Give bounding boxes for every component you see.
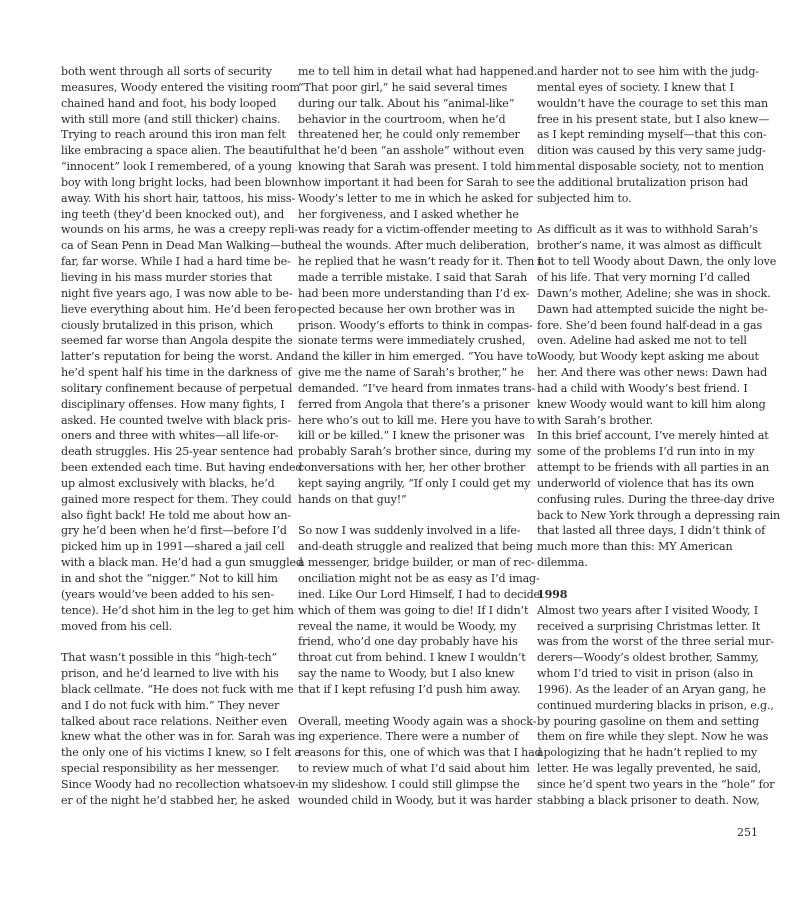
- text-line: a messenger, bridge builder, or man of r…: [298, 555, 533, 571]
- text-line: So now I was suddenly involved in a life…: [298, 523, 533, 539]
- text-line: prison, and he’d learned to live with hi…: [61, 666, 293, 682]
- text-line: away. With his short hair, tattoos, his …: [61, 191, 293, 207]
- text-line: seemed far worse than Angola despite the: [61, 333, 293, 349]
- text-line: and harder not to see him with the judg-: [537, 64, 769, 80]
- paragraph: That wasn’t possible in this “high-tech”…: [61, 650, 293, 808]
- text-line: chained hand and foot, his body looped: [61, 96, 293, 112]
- text-line: made a terrible mistake. I said that Sar…: [298, 270, 533, 286]
- text-line: ferred from Angola that there’s a prison…: [298, 397, 533, 413]
- text-line: also fight back! He told me about how an…: [61, 508, 293, 524]
- text-line: sionate terms were immediately crushed,: [298, 333, 533, 349]
- text-line: Since Woody had no recollection whatsoev…: [61, 777, 293, 793]
- text-line: tence). He’d shot him in the leg to get …: [61, 603, 293, 619]
- text-line: mental eyes of society. I knew that I: [537, 80, 769, 96]
- text-line: In this brief account, I’ve merely hinte…: [537, 428, 769, 444]
- text-line: that lasted all three days, I didn’t thi…: [537, 523, 769, 539]
- text-line: whom I’d tried to visit in prison (also …: [537, 666, 769, 682]
- text-line: that if I kept refusing I’d push him awa…: [298, 682, 533, 698]
- text-line: heal the wounds. After much deliberation…: [298, 238, 533, 254]
- text-line: her. And there was other news: Dawn had: [537, 365, 769, 381]
- text-line: asked. He counted twelve with black pris…: [61, 413, 293, 429]
- text-line: Almost two years after I visited Woody, …: [537, 603, 769, 619]
- text-line: (years would’ve been added to his sen-: [61, 587, 293, 603]
- paragraph: In this brief account, I’ve merely hinte…: [537, 428, 769, 571]
- text-line: talked about race relations. Neither eve…: [61, 714, 293, 730]
- text-line: subjected him to.: [537, 191, 769, 207]
- text-line: received a surprising Christmas letter. …: [537, 619, 769, 635]
- text-line: and I do not fuck with him.” They never: [61, 698, 293, 714]
- text-line: up almost exclusively with blacks, he’d: [61, 476, 293, 492]
- paragraph: As difficult as it was to withhold Sarah…: [537, 222, 769, 428]
- text-line: black cellmate. “He does not fuck with m…: [61, 682, 293, 698]
- text-line: with still more (and still thicker) chai…: [61, 112, 293, 128]
- text-line: that he’d been “an asshole” without even: [298, 143, 533, 159]
- text-line: with a black man. He’d had a gun smuggle…: [61, 555, 293, 571]
- text-line: knew what the other was in for. Sarah wa…: [61, 729, 293, 745]
- text-line: special responsibility as her messenger.: [61, 761, 293, 777]
- paragraph-gap: [61, 634, 293, 650]
- text-line: here who’s out to kill me. Here you have…: [298, 413, 533, 429]
- text-line: kept saying angrily, “If only I could ge…: [298, 476, 533, 492]
- text-line: knew Woody would want to kill him along: [537, 397, 769, 413]
- text-line: which of them was going to die! If I did…: [298, 603, 533, 619]
- text-line: night five years ago, I was now able to …: [61, 286, 293, 302]
- text-line: during our talk. About his “animal-like”: [298, 96, 533, 112]
- text-line: Overall, meeting Woody again was a shock…: [298, 714, 533, 730]
- text-line: apologizing that he hadn’t replied to my: [537, 745, 769, 761]
- text-line: knowing that Sarah was present. I told h…: [298, 159, 533, 175]
- text-line: how important it had been for Sarah to s…: [298, 175, 533, 191]
- text-line: lieving in his mass murder stories that: [61, 270, 293, 286]
- text-line: to review much of what I’d said about hi…: [298, 761, 533, 777]
- text-line: mental disposable society, not to mentio…: [537, 159, 769, 175]
- text-line: underworld of violence that has its own: [537, 476, 769, 492]
- text-line: boy with long bright locks, had been blo…: [61, 175, 293, 191]
- text-line: derers—Woody’s oldest brother, Sammy,: [537, 650, 769, 666]
- text-line: of his life. That very morning I’d calle…: [537, 270, 769, 286]
- text-line: wouldn’t have the courage to set this ma…: [537, 96, 769, 112]
- text-line: throat cut from behind. I knew I wouldn’…: [298, 650, 533, 666]
- text-line: as I kept reminding myself—that this con…: [537, 127, 769, 143]
- text-line: wounds on his arms, he was a creepy repl…: [61, 222, 293, 238]
- text-line: reasons for this, one of which was that …: [298, 745, 533, 761]
- text-line: say the name to Woody, but I also knew: [298, 666, 533, 682]
- text-column-3: and harder not to see him with the judg-…: [537, 64, 769, 809]
- text-line: hands on that guy!”: [298, 492, 533, 508]
- text-line: and the killer in him emerged. “You have…: [298, 349, 533, 365]
- text-line: conversations with her, her other brothe…: [298, 460, 533, 476]
- text-line: give me the name of Sarah’s brother,” he: [298, 365, 533, 381]
- paragraph: me to tell him in detail what had happen…: [298, 64, 533, 508]
- text-line: free in his present state, but I also kn…: [537, 112, 769, 128]
- text-line: ing teeth (they’d been knocked out), and: [61, 207, 293, 223]
- text-line: confusing rules. During the three-day dr…: [537, 492, 769, 508]
- text-line: Woody, but Woody kept asking me about: [537, 349, 769, 365]
- text-line: he replied that he wasn’t ready for it. …: [298, 254, 533, 270]
- book-page: both went through all sorts of securitym…: [0, 0, 805, 900]
- paragraph-gap: [298, 698, 533, 714]
- text-line: threatened her, he could only remember: [298, 127, 533, 143]
- text-line: behavior in the courtroom, when he’d: [298, 112, 533, 128]
- text-line: them on fire while they slept. Now he wa…: [537, 729, 769, 745]
- text-line: ca of Sean Penn in Dead Man Walking—but: [61, 238, 293, 254]
- text-line: dilemma.: [537, 555, 769, 571]
- text-line: kill or be killed.” I knew the prisoner …: [298, 428, 533, 444]
- text-line: in and shot the “nigger.” Not to kill hi…: [61, 571, 293, 587]
- section-heading: 1998: [537, 587, 769, 603]
- text-line: oners and three with whites—all life-or-: [61, 428, 293, 444]
- text-line: with Sarah’s brother.: [537, 413, 769, 429]
- text-line: probably Sarah’s brother since, during m…: [298, 444, 533, 460]
- text-line: “That poor girl,” he said several times: [298, 80, 533, 96]
- text-line: letter. He was legally prevented, he sai…: [537, 761, 769, 777]
- text-line: both went through all sorts of security: [61, 64, 293, 80]
- text-line: had a child with Woody’s best friend. I: [537, 381, 769, 397]
- text-line: been extended each time. But having ende…: [61, 460, 293, 476]
- text-line: far, far worse. While I had a hard time …: [61, 254, 293, 270]
- text-line: her forgiveness, and I asked whether he: [298, 207, 533, 223]
- text-line: wounded child in Woody, but it was harde…: [298, 793, 533, 809]
- text-line: gry he’d been when he’d first—before I’d: [61, 523, 293, 539]
- paragraph: Almost two years after I visited Woody, …: [537, 603, 769, 809]
- text-line: That wasn’t possible in this “high-tech”: [61, 650, 293, 666]
- text-line: fore. She’d been found half-dead in a ga…: [537, 318, 769, 334]
- text-column-2: me to tell him in detail what had happen…: [298, 64, 533, 809]
- text-line: by pouring gasoline on them and setting: [537, 714, 769, 730]
- text-line: picked him up in 1991—shared a jail cell: [61, 539, 293, 555]
- text-line: since he’d spent two years in the “hole”…: [537, 777, 769, 793]
- text-line: Woody’s letter to me in which he asked f…: [298, 191, 533, 207]
- text-line: me to tell him in detail what had happen…: [298, 64, 533, 80]
- text-line: pected because her own brother was in: [298, 302, 533, 318]
- text-line: not to tell Woody about Dawn, the only l…: [537, 254, 769, 270]
- text-line: lieve everything about him. He’d been fe…: [61, 302, 293, 318]
- text-line: prison. Woody’s efforts to think in comp…: [298, 318, 533, 334]
- text-line: measures, Woody entered the visiting roo…: [61, 80, 293, 96]
- text-line: much more than this: MY American: [537, 539, 769, 555]
- paragraph: both went through all sorts of securitym…: [61, 64, 293, 634]
- text-line: he’d spent half his time in the darkness…: [61, 365, 293, 381]
- text-line: had been more understanding than I’d ex-: [298, 286, 533, 302]
- text-line: back to New York through a depressing ra…: [537, 508, 769, 524]
- paragraph: So now I was suddenly involved in a life…: [298, 523, 533, 697]
- paragraph-gap: [537, 207, 769, 223]
- text-line: attempt to be friends with all parties i…: [537, 460, 769, 476]
- text-line: some of the problems I’d run into in my: [537, 444, 769, 460]
- text-line: solitary confinement because of perpetua…: [61, 381, 293, 397]
- text-line: Dawn’s mother, Adeline; she was in shock…: [537, 286, 769, 302]
- text-line: latter’s reputation for being the worst.…: [61, 349, 293, 365]
- paragraph-gap: [298, 508, 533, 524]
- text-line: Dawn had attempted suicide the night be-: [537, 302, 769, 318]
- paragraph: and harder not to see him with the judg-…: [537, 64, 769, 207]
- text-line: ciously brutalized in this prison, which: [61, 318, 293, 334]
- text-line: Trying to reach around this iron man fel…: [61, 127, 293, 143]
- paragraph-gap: [537, 571, 769, 587]
- text-line: and-death struggle and realized that bei…: [298, 539, 533, 555]
- text-line: continued murdering blacks in prison, e.…: [537, 698, 769, 714]
- text-line: As difficult as it was to withhold Sarah…: [537, 222, 769, 238]
- text-line: gained more respect for them. They could: [61, 492, 293, 508]
- text-line: er of the night he’d stabbed her, he ask…: [61, 793, 293, 809]
- page-number: 251: [737, 826, 758, 839]
- text-line: disciplinary offenses. How many fights, …: [61, 397, 293, 413]
- text-line: onciliation might not be as easy as I’d …: [298, 571, 533, 587]
- text-line: “innocent” look I remembered, of a young: [61, 159, 293, 175]
- text-line: was from the worst of the three serial m…: [537, 634, 769, 650]
- text-line: demanded. “I’ve heard from inmates trans…: [298, 381, 533, 397]
- text-line: in my slideshow. I could still glimpse t…: [298, 777, 533, 793]
- paragraph: Overall, meeting Woody again was a shock…: [298, 714, 533, 809]
- text-line: like embracing a space alien. The beauti…: [61, 143, 293, 159]
- text-line: the additional brutalization prison had: [537, 175, 769, 191]
- text-line: 1996). As the leader of an Aryan gang, h…: [537, 682, 769, 698]
- text-line: death struggles. His 25-year sentence ha…: [61, 444, 293, 460]
- text-line: reveal the name, it would be Woody, my: [298, 619, 533, 635]
- text-line: ined. Like Our Lord Himself, I had to de…: [298, 587, 533, 603]
- text-line: the only one of his victims I knew, so I…: [61, 745, 293, 761]
- text-line: dition was caused by this very same judg…: [537, 143, 769, 159]
- text-line: oven. Adeline had asked me not to tell: [537, 333, 769, 349]
- text-line: stabbing a black prisoner to death. Now,: [537, 793, 769, 809]
- text-line: friend, who’d one day probably have his: [298, 634, 533, 650]
- text-line: ing experience. There were a number of: [298, 729, 533, 745]
- text-line: moved from his cell.: [61, 619, 293, 635]
- text-line: brother’s name, it was almost as difficu…: [537, 238, 769, 254]
- text-line: was ready for a victim-offender meeting …: [298, 222, 533, 238]
- text-column-1: both went through all sorts of securitym…: [61, 64, 293, 809]
